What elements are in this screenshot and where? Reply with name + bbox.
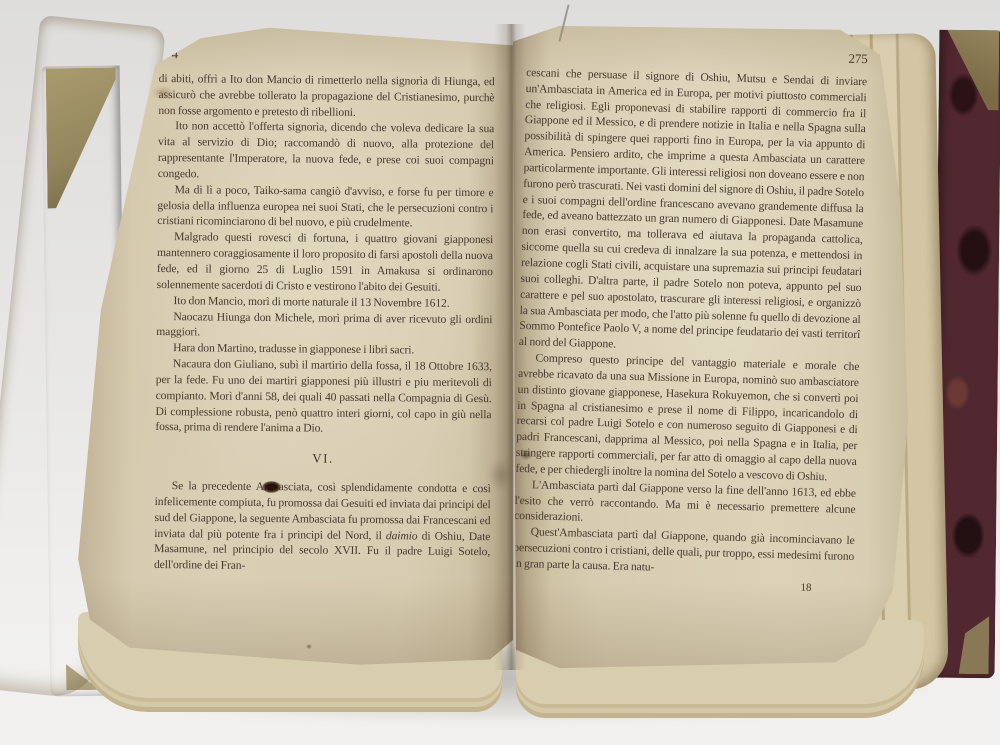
paper-smudge [488,458,514,492]
paper-speck [306,644,312,649]
paragraph: di abiti, offrì a Ito don Mancio di rime… [158,71,494,122]
paragraph: Naocazu Hiunga don Michele, morì prima d… [156,308,492,343]
paragraph: Ma di lì a poco, Taiko-sama cangiò d'avv… [157,182,493,233]
left-page-paragraphs: di abiti, offrì a Ito don Mancio di rime… [154,71,495,577]
paragraph: Compreso questo principe del vantaggio m… [515,350,859,486]
left-page-text: 274 di abiti, offrì a Ito don Mancio di … [154,46,495,576]
paragraph: cescani che persuase il signore di Oshiu… [519,65,868,359]
paragraph: Se la precedente Ambasciata, così splend… [154,478,491,576]
paragraph: Ito non accettò l'offerta signorìa, dice… [158,118,495,185]
page-number-left: 274 [159,46,495,65]
paragraph: Nacaura don Giuliano, subì il martirio d… [155,356,492,438]
right-page: 275 cescani che persuase il signore di O… [512,18,944,674]
right-page-text: 275 cescani che persuase il signore di O… [512,42,868,609]
right-page-paragraphs: cescani che persuase il signore di Oshiu… [513,65,868,581]
paragraph: Quest'Ambasciata partì dal Giappone, qua… [513,524,855,581]
paragraph: Malgrado questi rovesci di fortuna, i qu… [157,229,494,296]
page-number-right: 275 [527,42,868,67]
section-heading: VI. [155,449,491,468]
photo-backdrop: 274 di abiti, offrì a Ito don Mancio di … [0,0,1000,745]
